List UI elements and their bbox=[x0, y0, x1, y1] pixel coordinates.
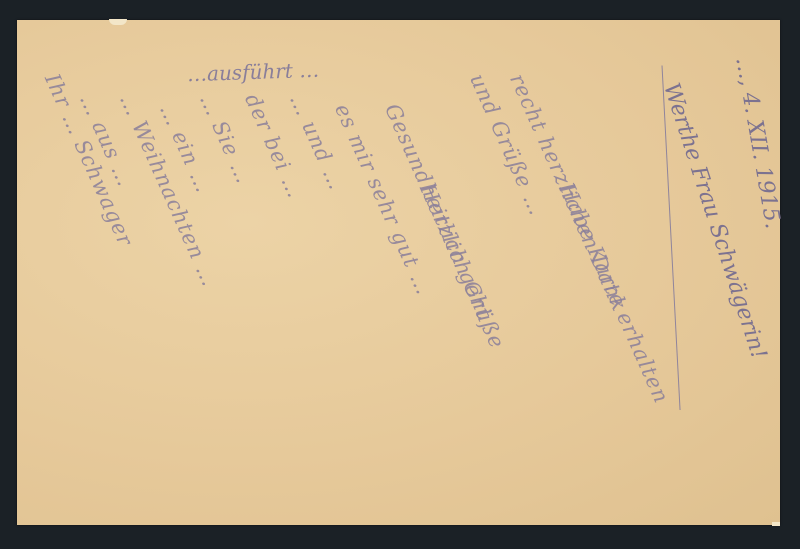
postcard: …ausführt … …, 4. XII. 1915. Werthe Frau… bbox=[17, 20, 780, 525]
message-body: Habe Karte erhalten recht herzlichen Dan… bbox=[17, 20, 780, 525]
